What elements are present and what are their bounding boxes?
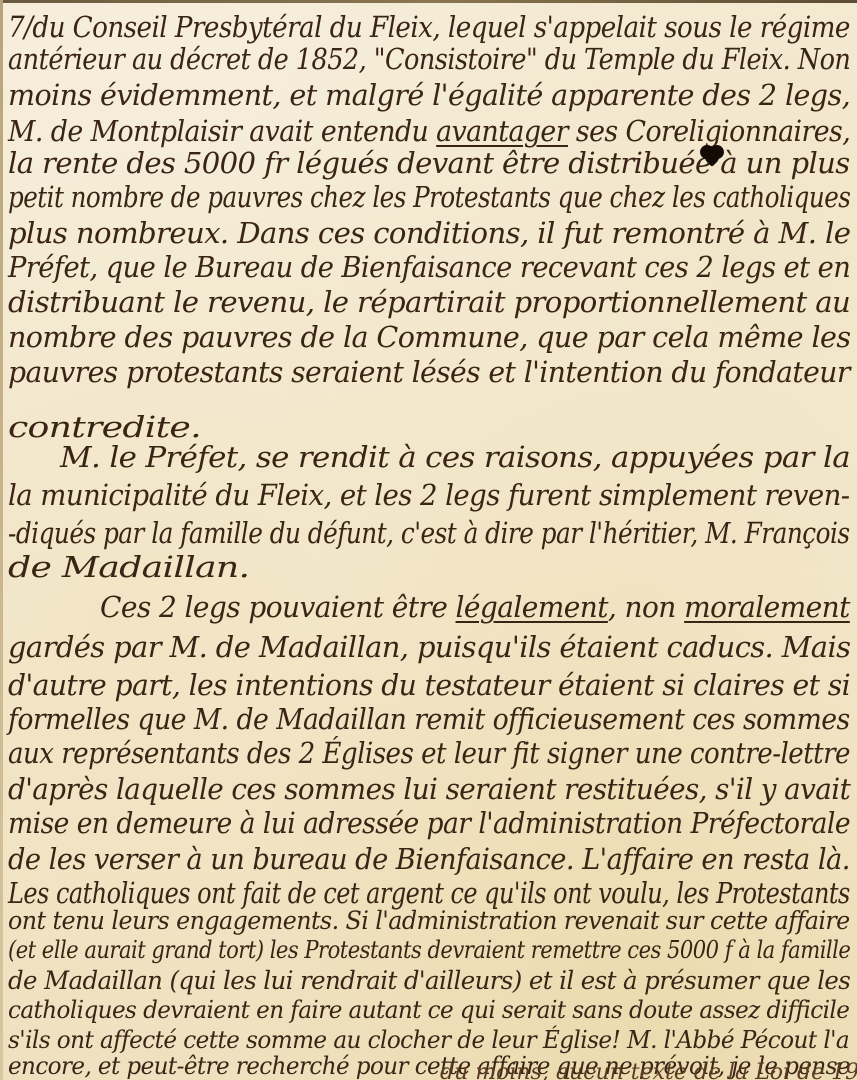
manuscript-line-30: s'ils ont affecté cette somme au clocher… [8,1026,849,1054]
manuscript-line-22: d'après laquelle ces sommes lui seraient… [8,772,850,806]
manuscript-line-29: catholiques devraient en faire autant ce… [8,996,849,1024]
manuscript-line-32: du moins, aucun texte de la Loi de 1905 … [440,1060,857,1080]
manuscript-line-13: M. le Préfet, se rendit à ces raisons, a… [60,440,850,474]
page-left-edge [0,0,3,1080]
manuscript-line-9: distribuant le revenu, le répartirait pr… [8,285,850,319]
manuscript-line-4: M. de Montplaisir avait entendu avantage… [8,114,850,148]
manuscript-line-6: petit nombre de pauvres chez les Protest… [8,180,850,214]
manuscript-line-16: de Madaillan. [8,550,249,584]
underlined-word: moralement [684,590,850,624]
manuscript-line-7: plus nombreux. Dans ces conditions, il f… [8,216,850,250]
manuscript-line-11: pauvres protestants seraient lésés et l'… [8,355,850,389]
manuscript-line-3: moins évidemment, et malgré l'égalité ap… [8,78,850,112]
manuscript-line-15: -diqués par la famille du défunt, c'est … [8,516,850,550]
manuscript-line-25: Les catholiques ont fait de cet argent c… [8,876,850,910]
manuscript-line-18: gardés par M. de Madaillan, puisqu'ils é… [8,630,850,664]
manuscript-line-1: 7/du Conseil Presbytéral du Fleix, leque… [8,10,850,44]
manuscript-line-28: de Madaillan (qui les lui rendrait d'ail… [8,966,850,995]
underlined-word: légalement [456,590,608,624]
manuscript-line-2: antérieur au décret de 1852, "Consistoir… [8,42,850,76]
manuscript-line-26: ont tenu leurs engagements. Si l'adminis… [8,906,850,935]
manuscript-line-14: la municipalité du Fleix, et les 2 legs … [8,478,850,512]
manuscript-line-8: Préfet, que le Bureau de Bienfaisance re… [8,250,850,284]
page-top-edge [0,0,857,3]
manuscript-page: 7/du Conseil Presbytéral du Fleix, leque… [0,0,857,1080]
manuscript-line-24: de les verser à un bureau de Bienfaisanc… [8,842,850,876]
manuscript-line-21: aux représentants des 2 Églises et leur … [8,736,850,770]
manuscript-line-12: contredite. [8,410,201,444]
underlined-word: avantager [436,114,568,148]
manuscript-line-27: (et elle aurait grand tort) les Protesta… [8,936,850,964]
manuscript-line-20: formelles que M. de Madaillan remit offi… [8,702,850,736]
manuscript-line-10: nombre des pauvres de la Commune, que pa… [8,320,850,354]
manuscript-line-23: mise en demeure à lui adressée par l'adm… [8,806,850,840]
manuscript-line-19: d'autre part, les intentions du testateu… [8,668,850,702]
manuscript-line-17: Ces 2 legs pouvaient être légalement, no… [100,590,850,624]
